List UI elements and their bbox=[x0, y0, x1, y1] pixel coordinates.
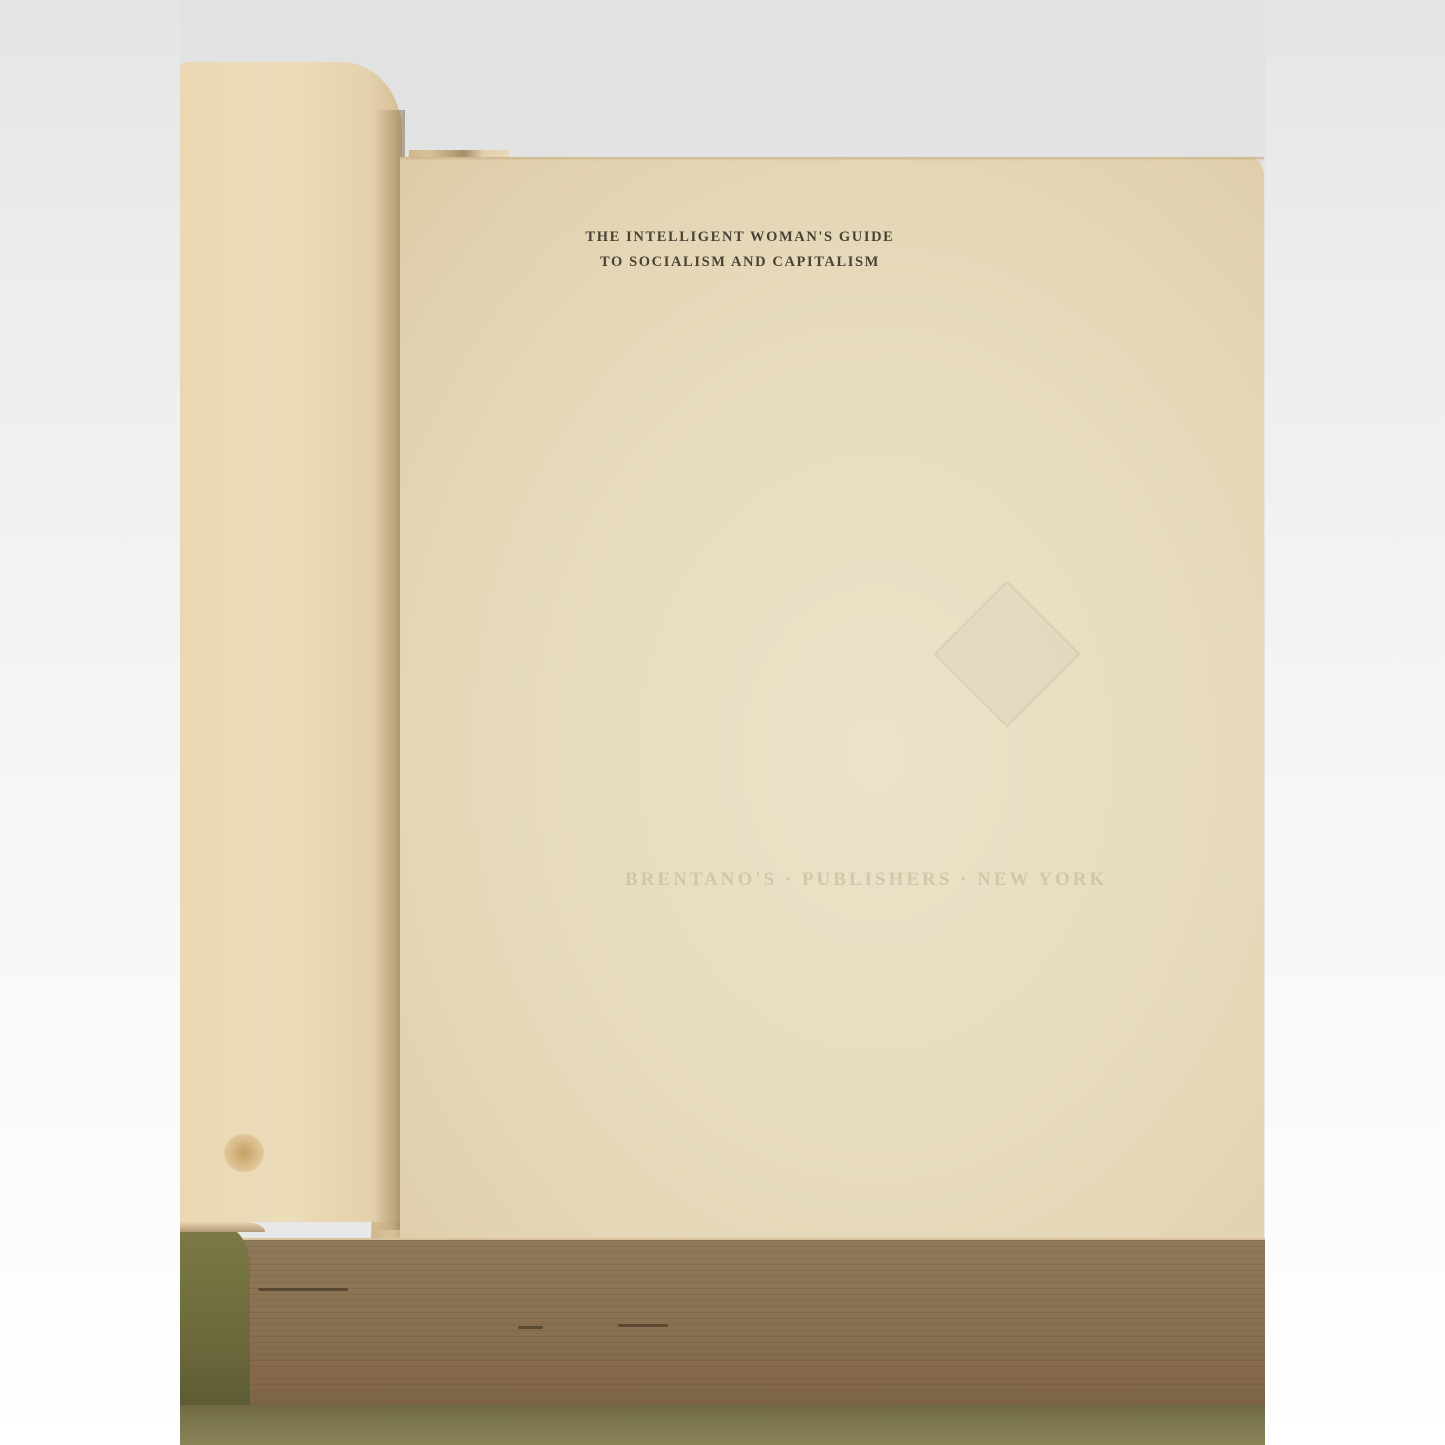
edge-scratch bbox=[618, 1324, 668, 1327]
page-top-edge bbox=[400, 157, 1264, 161]
publisher-diamond-icon bbox=[933, 580, 1080, 727]
page-block-edge bbox=[198, 1238, 1265, 1415]
cloth-cover-corner bbox=[180, 1225, 250, 1415]
foxing-stain-left bbox=[224, 1134, 264, 1172]
title-line-1: THE INTELLIGENT WOMAN'S GUIDE bbox=[480, 225, 1000, 250]
edge-scratch bbox=[258, 1288, 348, 1291]
title-page: THE INTELLIGENT WOMAN'S GUIDE TO SOCIALI… bbox=[400, 157, 1264, 1242]
title-line-2: TO SOCIALISM AND CAPITALISM bbox=[480, 250, 1000, 275]
book-photo: THE INTELLIGENT WOMAN'S GUIDE TO SOCIALI… bbox=[180, 0, 1265, 1445]
edge-scratch bbox=[518, 1326, 543, 1329]
cloth-cover-bottom bbox=[180, 1405, 1265, 1445]
book-title: THE INTELLIGENT WOMAN'S GUIDE TO SOCIALI… bbox=[480, 225, 1000, 275]
publisher-imprint: BRENTANO'S · PUBLISHERS · NEW YORK bbox=[625, 869, 1265, 891]
left-page-edge bbox=[180, 1222, 265, 1232]
left-page bbox=[180, 62, 402, 1222]
